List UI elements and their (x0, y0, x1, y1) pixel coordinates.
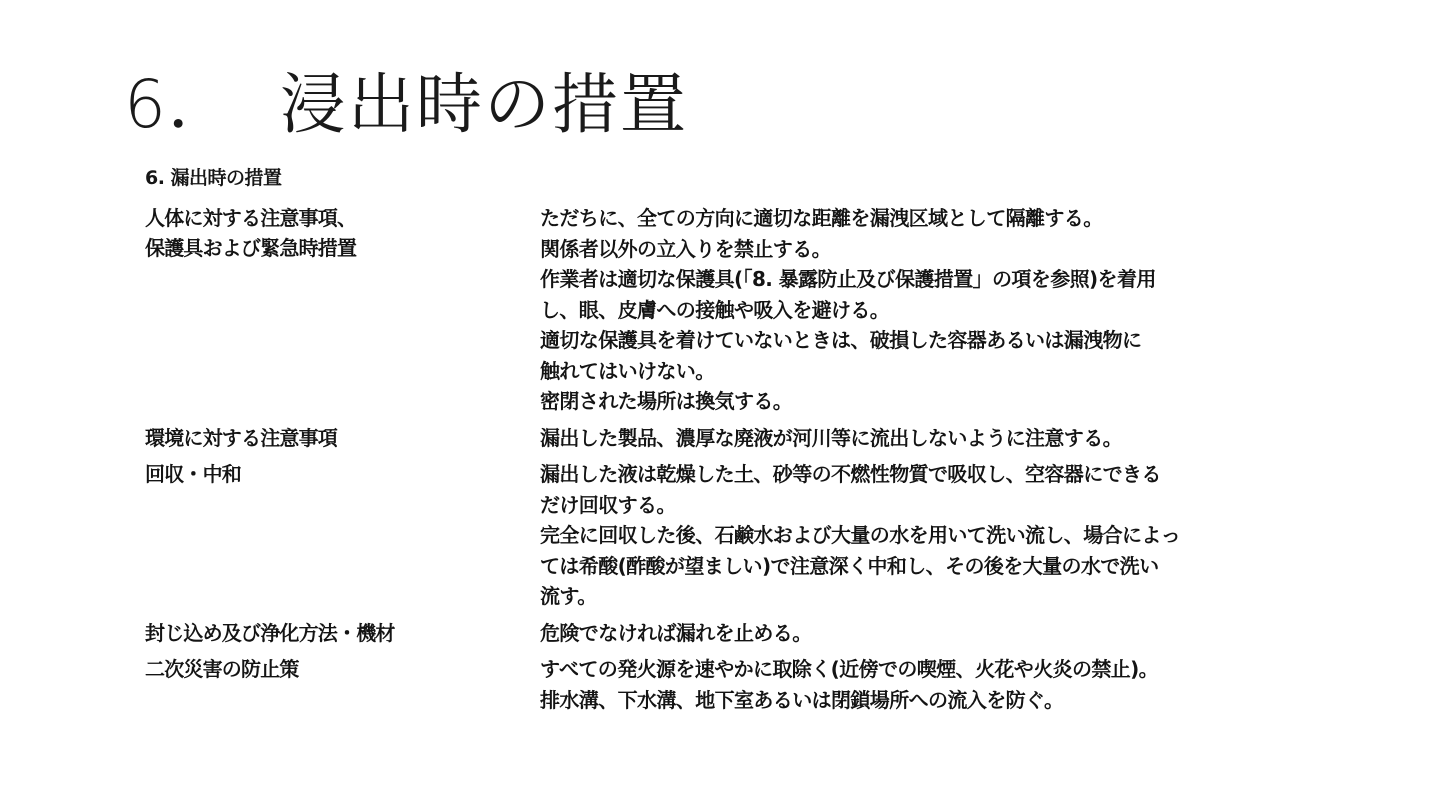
content-line: 密閉された場所は換気する。 (540, 386, 1275, 417)
sds-row-label: 回収・中和 (145, 459, 540, 489)
sds-row-content: ただちに、全ての方向に適切な距離を漏洩区域として隔離する。 関係者以外の立入りを… (540, 203, 1275, 417)
sds-section-heading: 6. 漏出時の措置 (145, 163, 1275, 193)
content-line: ては希酸(酢酸が望ましい)で注意深く中和し、その後を大量の水で洗い (540, 551, 1275, 582)
content-line: ただちに、全ての方向に適切な距離を漏洩区域として隔離する。 (540, 203, 1275, 234)
content-line: 触れてはいけない。 (540, 356, 1275, 387)
label-line: 環境に対する注意事項 (145, 423, 540, 453)
content-line: 危険でなければ漏れを止める。 (540, 618, 1275, 649)
label-line: 回収・中和 (145, 459, 540, 489)
content-line: 流す。 (540, 581, 1275, 612)
sds-row-label: 封じ込め及び浄化方法・機材 (145, 618, 540, 648)
sds-row-environmental-precautions: 環境に対する注意事項 漏出した製品、濃厚な廃液が河川等に流出しないように注意する… (145, 423, 1275, 454)
label-line: 保護具および緊急時措置 (145, 233, 540, 263)
label-line: 二次災害の防止策 (145, 654, 540, 684)
slide-title-number: 6． (124, 66, 236, 143)
content-line: し、眼、皮膚への接触や吸入を避ける。 (540, 295, 1275, 326)
sds-row-recovery-neutralization: 回収・中和 漏出した液は乾燥した土、砂等の不燃性物質で吸収し、空容器にできる だ… (145, 459, 1275, 612)
content-line: 完全に回収した後、石鹸水および大量の水を用いて洗い流し、場合によっ (540, 520, 1275, 551)
content-line: 漏出した液は乾燥した土、砂等の不燃性物質で吸収し、空容器にできる (540, 459, 1275, 490)
sds-row-content: 漏出した液は乾燥した土、砂等の不燃性物質で吸収し、空容器にできる だけ回収する。… (540, 459, 1275, 612)
sds-section-excerpt: 6. 漏出時の措置 人体に対する注意事項、 保護具および緊急時措置 ただちに、全… (145, 163, 1275, 721)
sds-row-secondary-hazard-prevention: 二次災害の防止策 すべての発火源を速やかに取除く(近傍での喫煙、火花や火炎の禁止… (145, 654, 1275, 715)
label-line: 封じ込め及び浄化方法・機材 (145, 618, 540, 648)
sds-row-content: すべての発火源を速やかに取除く(近傍での喫煙、火花や火炎の禁止)。 排水溝、下水… (540, 654, 1275, 715)
slide-title-text: 浸出時の措置 (280, 66, 688, 143)
sds-row-label: 人体に対する注意事項、 保護具および緊急時措置 (145, 203, 540, 263)
sds-row-content: 漏出した製品、濃厚な廃液が河川等に流出しないように注意する。 (540, 423, 1275, 454)
content-line: だけ回収する。 (540, 490, 1275, 521)
sds-row-label: 二次災害の防止策 (145, 654, 540, 684)
content-line: 排水溝、下水溝、地下室あるいは閉鎖場所への流入を防ぐ。 (540, 685, 1275, 716)
content-line: 適切な保護具を着けていないときは、破損した容器あるいは漏洩物に (540, 325, 1275, 356)
content-line: 作業者は適切な保護具(「8. 暴露防止及び保護措置」の項を参照)を着用 (540, 264, 1275, 295)
slide-title: 6．浸出時の措置 (124, 72, 688, 138)
content-line: 漏出した製品、濃厚な廃液が河川等に流出しないように注意する。 (540, 423, 1275, 454)
content-line: 関係者以外の立入りを禁止する。 (540, 234, 1275, 265)
sds-row-personal-precautions: 人体に対する注意事項、 保護具および緊急時措置 ただちに、全ての方向に適切な距離… (145, 203, 1275, 417)
sds-row-content: 危険でなければ漏れを止める。 (540, 618, 1275, 649)
label-line: 人体に対する注意事項、 (145, 203, 540, 233)
content-line: すべての発火源を速やかに取除く(近傍での喫煙、火花や火炎の禁止)。 (540, 654, 1275, 685)
sds-row-containment-cleanup: 封じ込め及び浄化方法・機材 危険でなければ漏れを止める。 (145, 618, 1275, 649)
sds-row-label: 環境に対する注意事項 (145, 423, 540, 453)
